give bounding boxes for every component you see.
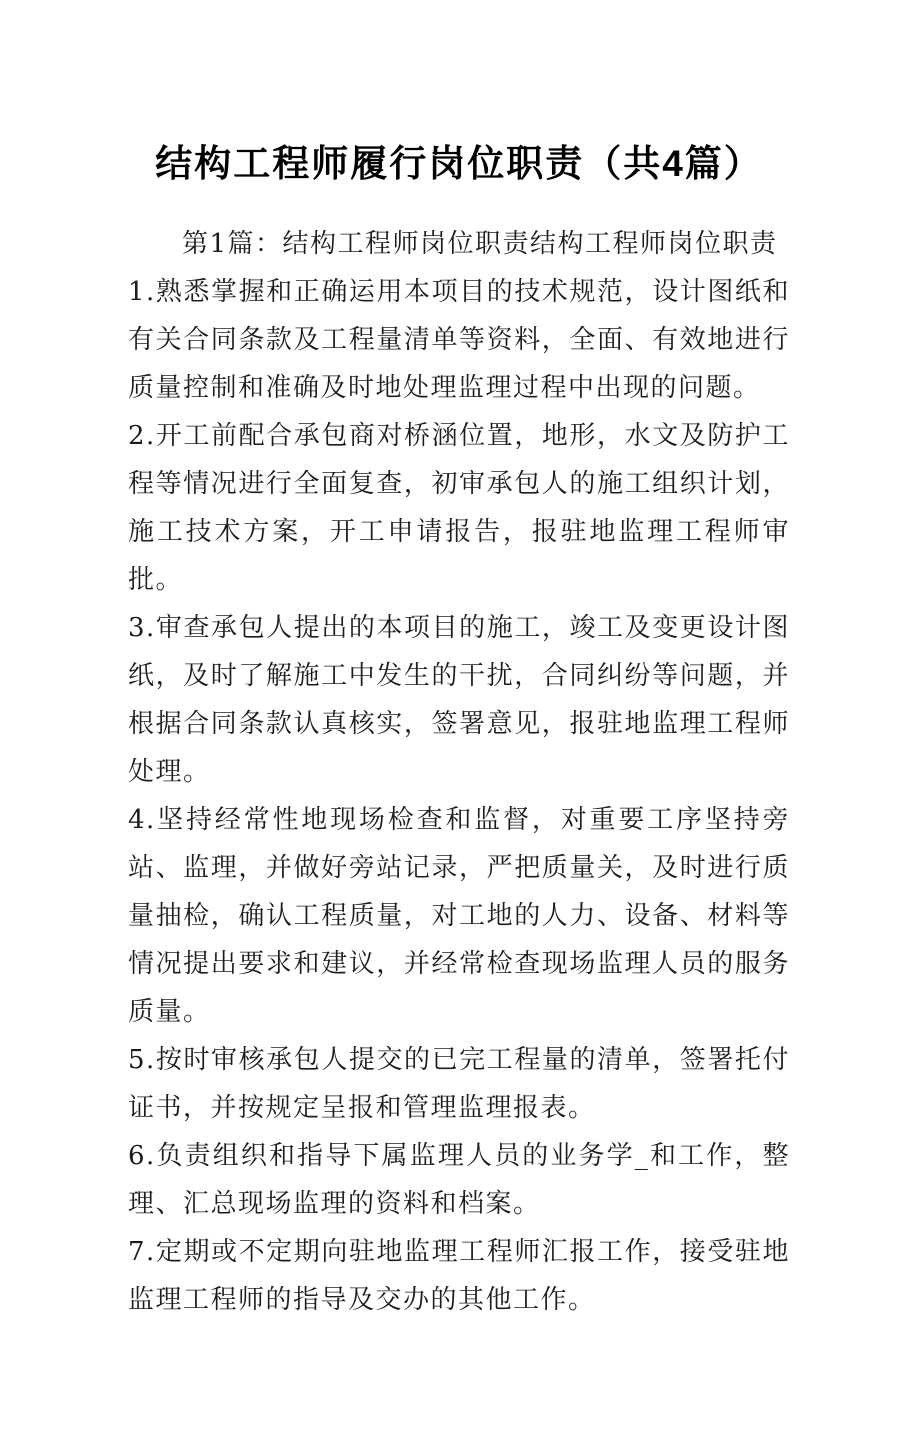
section-heading: 第1篇：结构工程师岗位职责结构工程师岗位职责 (128, 220, 790, 268)
document-title: 结构工程师履行岗位职责（共4篇） (128, 142, 790, 186)
duty-item-6: 6.负责组织和指导下属监理人员的业务学_和工作，整理、汇总现场监理的资料和档案。 (128, 1132, 790, 1228)
duty-item-7: 7.定期或不定期向驻地监理工程师汇报工作，接受驻地监理工程师的指导及交办的其他工… (128, 1228, 790, 1324)
duty-item-4: 4.坚持经常性地现场检查和监督，对重要工序坚持旁站、监理，并做好旁站记录，严把质… (128, 796, 790, 1036)
duty-item-5: 5.按时审核承包人提交的已完工程量的清单，签署托付证书，并按规定呈报和管理监理报… (128, 1036, 790, 1132)
duty-item-2: 2.开工前配合承包商对桥涵位置，地形，水文及防护工程等情况进行全面复查，初审承包… (128, 412, 790, 604)
duty-item-1: 1.熟悉掌握和正确运用本项目的技术规范，设计图纸和有关合同条款及工程量清单等资料… (128, 268, 790, 412)
duty-item-3: 3.审查承包人提出的本项目的施工，竣工及变更设计图纸，及时了解施工中发生的干扰，… (128, 604, 790, 796)
document-page: 结构工程师履行岗位职责（共4篇） 第1篇：结构工程师岗位职责结构工程师岗位职责 … (0, 0, 920, 1434)
